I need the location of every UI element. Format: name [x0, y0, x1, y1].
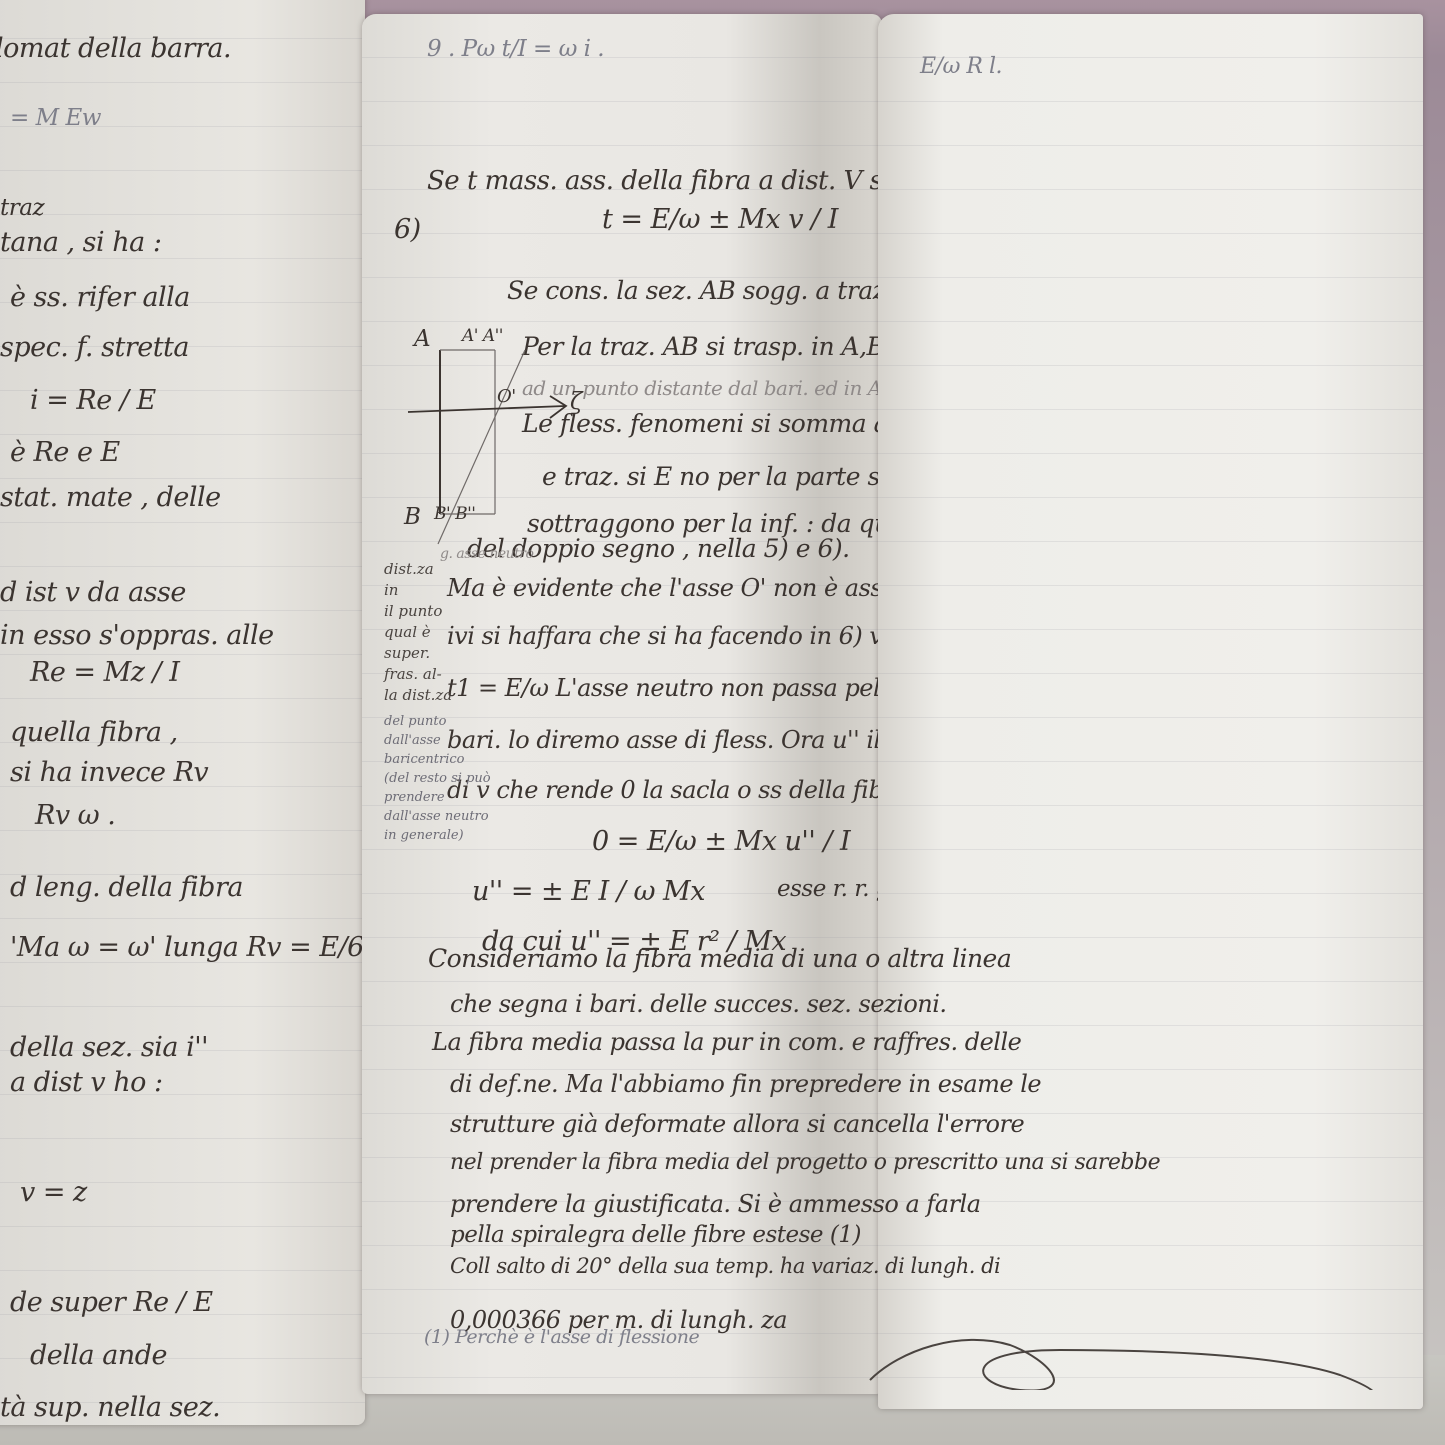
margin-note-pencil: del punto dall'asse baricentrico (del re…	[384, 712, 491, 845]
left-line: de super Re / E	[10, 1287, 213, 1318]
left-line: v = z	[20, 1177, 87, 1208]
pencil-header: E/ω R l.	[920, 54, 1002, 79]
spanning-line: di def.ne. Ma l'abbiamo fin prepredere i…	[450, 1070, 1041, 1098]
left-line: quella fibra ,	[10, 717, 178, 748]
middle-line: ivi si haffara che si ha facendo in 6) v…	[447, 622, 882, 650]
middle-line: di v che rende 0 la sacla o ss della fib…	[447, 776, 882, 804]
left-line: della ande	[30, 1340, 167, 1371]
left-line: lomat della barra.	[0, 33, 231, 64]
spanning-line: 0,000366 per m. di lungh. za	[450, 1306, 787, 1334]
spanning-line: La fibra media passa la pur in com. e ra…	[432, 1028, 1021, 1056]
diagram-label-a: A	[414, 326, 430, 352]
pencil-header: 9 . Pω t/I = ω i .	[427, 36, 604, 62]
left-line: Re = Mz / I	[30, 657, 179, 688]
left-line: tà sup. nella sez.	[0, 1392, 220, 1423]
left-line: a dist v ho :	[10, 1067, 163, 1098]
middle-line: Ma è evidente che l'asse O' non è asse n…	[447, 574, 882, 602]
left-line: della sez. sia i''	[10, 1032, 208, 1063]
equation: u'' = ± E I / ω Mx	[472, 876, 705, 907]
left-line: stat. mate , delle	[0, 482, 221, 513]
middle-line: e traz. si E no per la parte super. : si	[542, 462, 882, 491]
left-line: in esso s'oppras. alle	[0, 620, 274, 651]
middle-line: t1 = E/ω L'asse neutro non passa pel bar…	[447, 674, 882, 702]
diagram-origin-label: O'	[497, 386, 516, 407]
margin-note: dist.za in il punto qual è super. fras. …	[384, 559, 452, 706]
diagram-label-b: B	[404, 504, 420, 530]
left-line: Rv ω .	[35, 800, 115, 831]
diagram-axis-label: ζ	[570, 389, 582, 415]
spanning-line: prendere la giustificata. Si è ammesso a…	[450, 1190, 981, 1218]
left-page: lomat della barra. = M Ew traz tana , si…	[0, 0, 365, 1425]
left-line: i = Re / E	[30, 385, 156, 416]
spanning-line: nel prender la fibra media del progetto …	[450, 1150, 1160, 1175]
spanning-line: strutture già deformate allora si cancel…	[450, 1110, 1024, 1138]
equation-6: t = E/ω ± Mx v / I	[602, 204, 838, 235]
signature-flourish	[860, 1230, 1400, 1390]
diagram-label-b-prime: B' B''	[434, 504, 475, 524]
left-line: è ss. rifer alla	[10, 282, 190, 313]
diagram-label-a-prime: A' A''	[462, 326, 503, 346]
middle-page: 9 . Pω t/I = ω i . Se t mass. ass. della…	[362, 14, 882, 1394]
middle-line: Se cons. la sez. AB sogg. a trazione e a…	[507, 276, 882, 305]
beam-section-diagram	[400, 344, 590, 554]
spanning-line: che segna i bari. delle succes. sez. sez…	[450, 990, 947, 1018]
middle-line: esse r. r. girat. sez. ne ha : I = ω r²	[777, 876, 882, 902]
middle-line: bari. lo diremo asse di fless. Ora u'' i…	[447, 726, 882, 754]
left-line: tana , si ha :	[0, 227, 161, 258]
left-line: d ist v da asse	[0, 577, 186, 608]
spanning-line: pella spiralegra delle fibre estese (1)	[450, 1222, 861, 1248]
diagram-note: g. asse neutro	[440, 546, 533, 562]
left-line: d leng. della fibra	[10, 872, 243, 903]
left-line-pencil: = M Ew	[10, 105, 101, 131]
equation-number: 6)	[394, 214, 421, 245]
left-line: è Re e E	[10, 437, 120, 468]
equation: 0 = E/ω ± Mx u'' / I	[592, 826, 850, 857]
spanning-line: Consideriamo la fibra media di una o alt…	[428, 944, 1011, 973]
left-line: si ha invece Rv	[10, 757, 208, 788]
middle-line: Se t mass. ass. della fibra a dist. V sa…	[427, 166, 882, 196]
left-line: 'Ma ω = ω' lunga Rv = E/6L	[10, 932, 365, 963]
left-line: traz	[0, 195, 44, 221]
left-line: spec. f. stretta	[0, 332, 189, 363]
